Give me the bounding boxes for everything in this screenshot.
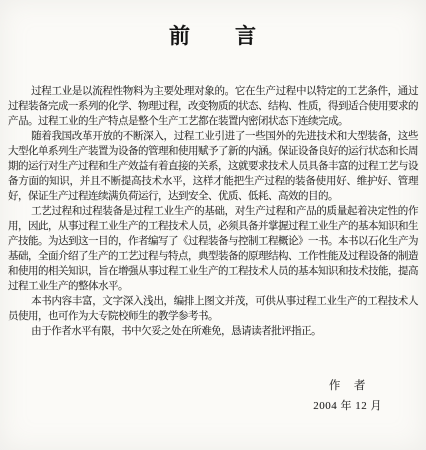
paragraph: 过程工业是以流程性物料为主要处理对象的。它在生产过程中以特定的工艺条件，通过过程… <box>8 84 418 129</box>
preface-body: 过程工业是以流程性物料为主要处理对象的。它在生产过程中以特定的工艺条件，通过过程… <box>8 84 418 339</box>
paragraph: 本书内容丰富，文字深入浅出，编排上图文并茂，可供从事过程工业生产的工程技术人员使… <box>8 294 418 324</box>
preface-page: 前 言 过程工业是以流程性物料为主要处理对象的。它在生产过程中以特定的工艺条件，… <box>0 0 426 450</box>
signature-date: 2004 年 12 月 <box>313 397 382 413</box>
paragraph: 由于作者水平有限，书中欠妥之处在所难免，恳请读者批评指正。 <box>8 324 418 339</box>
signature-block: 作 者 2004 年 12 月 <box>313 377 382 413</box>
paragraph: 随着我国改革开放的不断深入，过程工业引进了一些国外的先进技术和大型装备，这些大型… <box>8 129 418 204</box>
author-signature: 作 者 <box>313 377 382 393</box>
page-title: 前 言 <box>0 20 426 50</box>
paragraph: 工艺过程和过程装备是过程工业生产的基础，对生产过程和产品的质量起着决定性的作用，… <box>8 204 418 294</box>
